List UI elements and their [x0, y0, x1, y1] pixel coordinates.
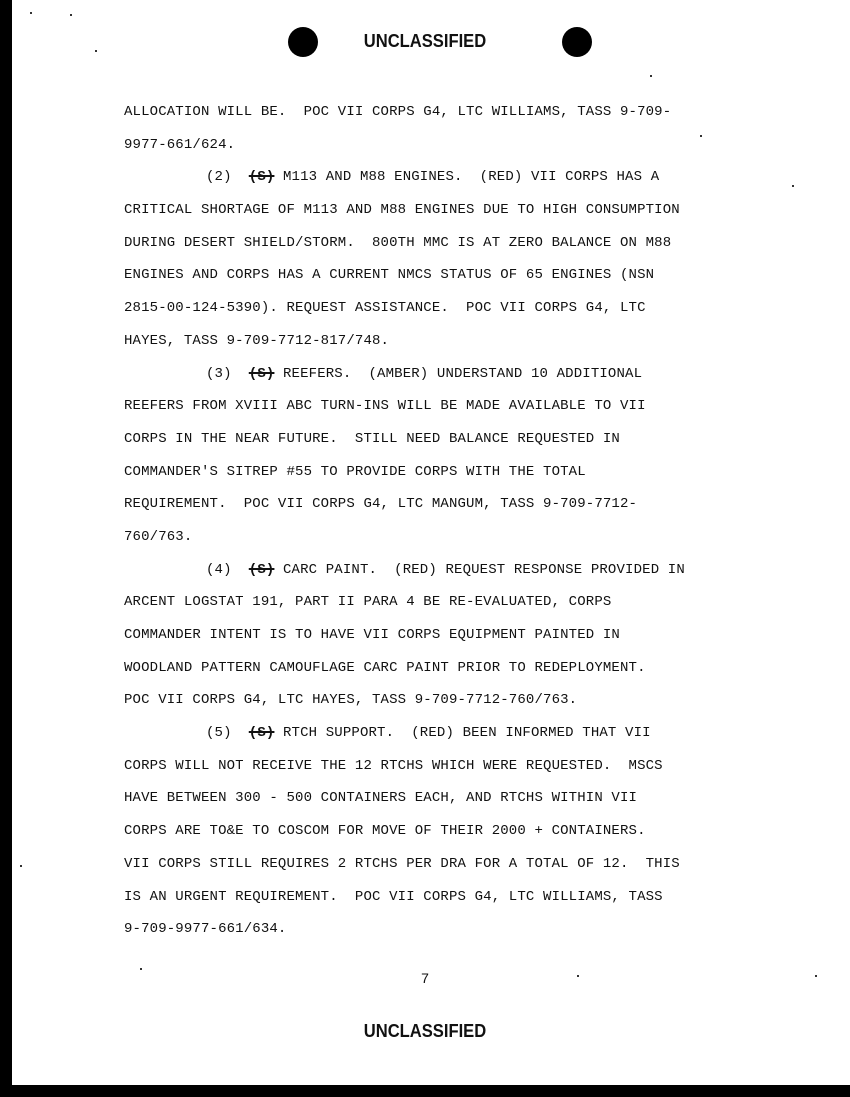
scan-speck — [20, 865, 22, 867]
struck-classification-marking: (S) — [249, 725, 275, 741]
paragraph-first-line: CARC PAINT. (RED) REQUEST RESPONSE PROVI… — [283, 562, 685, 578]
struck-classification-marking: (S) — [249, 562, 275, 578]
paragraph-line: HAVE BETWEEN 300 - 500 CONTAINERS EACH, … — [124, 782, 804, 815]
paragraph-line: POC VII CORPS G4, LTC HAYES, TASS 9-709-… — [124, 684, 804, 717]
paragraph-number: (5) — [206, 725, 232, 741]
paragraph-line: ENGINES AND CORPS HAS A CURRENT NMCS STA… — [124, 259, 804, 292]
paragraph-first-line: RTCH SUPPORT. (RED) BEEN INFORMED THAT V… — [283, 725, 651, 741]
paragraph-3-heading: (3) (S) REEFERS. (AMBER) UNDERSTAND 10 A… — [124, 358, 804, 391]
paragraph-line: 9-709-9977-661/634. — [124, 913, 804, 946]
paragraph-2-heading: (2) (S) M113 AND M88 ENGINES. (RED) VII … — [124, 161, 804, 194]
paragraph-line: VII CORPS STILL REQUIRES 2 RTCHS PER DRA… — [124, 848, 804, 881]
scan-left-border — [0, 0, 12, 1097]
scan-speck — [792, 185, 794, 187]
struck-classification-marking: (S) — [249, 169, 275, 185]
scan-speck — [70, 14, 72, 16]
paragraph-number: (2) — [206, 169, 232, 185]
paragraph-line: COMMANDER INTENT IS TO HAVE VII CORPS EQ… — [124, 619, 804, 652]
classification-footer: UNCLASSIFIED — [34, 1021, 816, 1042]
paragraph-line: HAYES, TASS 9-709-7712-817/748. — [124, 325, 804, 358]
scan-speck — [650, 75, 652, 77]
paragraph-number: (3) — [206, 366, 232, 382]
continuation-line: 9977-661/624. — [124, 129, 804, 162]
paragraph-line: IS AN URGENT REQUIREMENT. POC VII CORPS … — [124, 881, 804, 914]
paragraph-first-line: M113 AND M88 ENGINES. (RED) VII CORPS HA… — [283, 169, 659, 185]
page-number: 7 — [0, 970, 850, 986]
paragraph-number: (4) — [206, 562, 232, 578]
paragraph-first-line: REEFERS. (AMBER) UNDERSTAND 10 ADDITIONA… — [283, 366, 642, 382]
scan-bottom-border — [0, 1085, 850, 1097]
paragraph-line: 760/763. — [124, 521, 804, 554]
paragraph-line: CORPS IN THE NEAR FUTURE. STILL NEED BAL… — [124, 423, 804, 456]
paragraph-line: WOODLAND PATTERN CAMOUFLAGE CARC PAINT P… — [124, 652, 804, 685]
paragraph-line: COMMANDER'S SITREP #55 TO PROVIDE CORPS … — [124, 456, 804, 489]
paragraph-line: REQUIREMENT. POC VII CORPS G4, LTC MANGU… — [124, 488, 804, 521]
paragraph-line: 2815-00-124-5390). REQUEST ASSISTANCE. P… — [124, 292, 804, 325]
paragraph-line: REEFERS FROM XVIII ABC TURN-INS WILL BE … — [124, 390, 804, 423]
scan-speck — [815, 975, 817, 977]
paragraph-line: ARCENT LOGSTAT 191, PART II PARA 4 BE RE… — [124, 586, 804, 619]
scan-speck — [95, 50, 97, 52]
paragraph-line: CORPS ARE TO&E TO COSCOM FOR MOVE OF THE… — [124, 815, 804, 848]
paragraph-line: CRITICAL SHORTAGE OF M113 AND M88 ENGINE… — [124, 194, 804, 227]
paragraph-line: CORPS WILL NOT RECEIVE THE 12 RTCHS WHIC… — [124, 750, 804, 783]
paragraph-5-heading: (5) (S) RTCH SUPPORT. (RED) BEEN INFORME… — [124, 717, 804, 750]
continuation-line: ALLOCATION WILL BE. POC VII CORPS G4, LT… — [124, 96, 804, 129]
paragraph-line: DURING DESERT SHIELD/STORM. 800TH MMC IS… — [124, 227, 804, 260]
scan-speck — [700, 135, 702, 137]
scan-speck — [30, 12, 32, 14]
scan-speck — [577, 975, 579, 977]
classification-header: UNCLASSIFIED — [34, 31, 816, 52]
scan-speck — [140, 968, 142, 970]
document-body: ALLOCATION WILL BE. POC VII CORPS G4, LT… — [124, 96, 804, 946]
paragraph-4-heading: (4) (S) CARC PAINT. (RED) REQUEST RESPON… — [124, 554, 804, 587]
struck-classification-marking: (S) — [249, 366, 275, 382]
